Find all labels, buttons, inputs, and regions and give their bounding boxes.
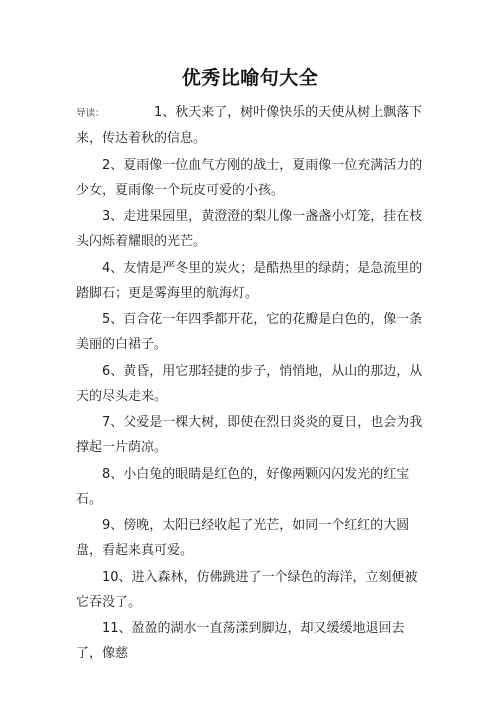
paragraph-1: 导读：1、秋天来了，树叶像快乐的天使从树上飘落下来，传达着秋的信息。 [76,100,426,151]
document-body: 导读：1、秋天来了，树叶像快乐的天使从树上飘落下来，传达着秋的信息。 2、夏雨像… [76,100,426,668]
paragraph-5: 5、百合花一年四季都开花，它的花瓣是白色的，像一条美丽的白裙子。 [76,307,426,357]
paragraph-4: 4、友情是严冬里的炭火；是酷热里的绿荫；是急流里的踏脚石；更是雾海里的航海灯。 [76,256,426,306]
document-title: 优秀比喻句大全 [0,66,500,90]
paragraph-11: 11、盈盈的湖水一直荡漾到脚边，却又缓缓地退回去了，像慈 [76,616,426,666]
paragraph-6: 6、黄昏，用它那轻捷的步子，悄悄地，从山的那边，从天的尽头走来。 [76,359,426,409]
paragraph-8: 8、小白兔的眼睛是红色的，好像两颗闪闪发光的红宝石。 [76,462,426,512]
document-page: 优秀比喻句大全 导读：1、秋天来了，树叶像快乐的天使从树上飘落下来，传达着秋的信… [0,0,500,708]
paragraph-10: 10、进入森林，仿佛跳进了一个绿色的海洋，立刻便被它吞没了。 [76,565,426,615]
paragraph-9: 9、傍晚，太阳已经收起了光芒，如同一个红红的大圆盘，看起来真可爱。 [76,513,426,563]
lead-label: 导读： [76,101,134,126]
paragraph-2: 2、夏雨像一位血气方刚的战士，夏雨像一位充满活力的少女，夏雨像一个玩皮可爱的小孩… [76,153,426,203]
paragraph-7: 7、父爱是一棵大树，即使在烈日炎炎的夏日，也会为我撑起一片荫凉。 [76,410,426,460]
paragraph-3: 3、走进果园里，黄澄澄的梨儿像一盏盏小灯笼，挂在枝头闪烁着耀眼的光芒。 [76,204,426,254]
